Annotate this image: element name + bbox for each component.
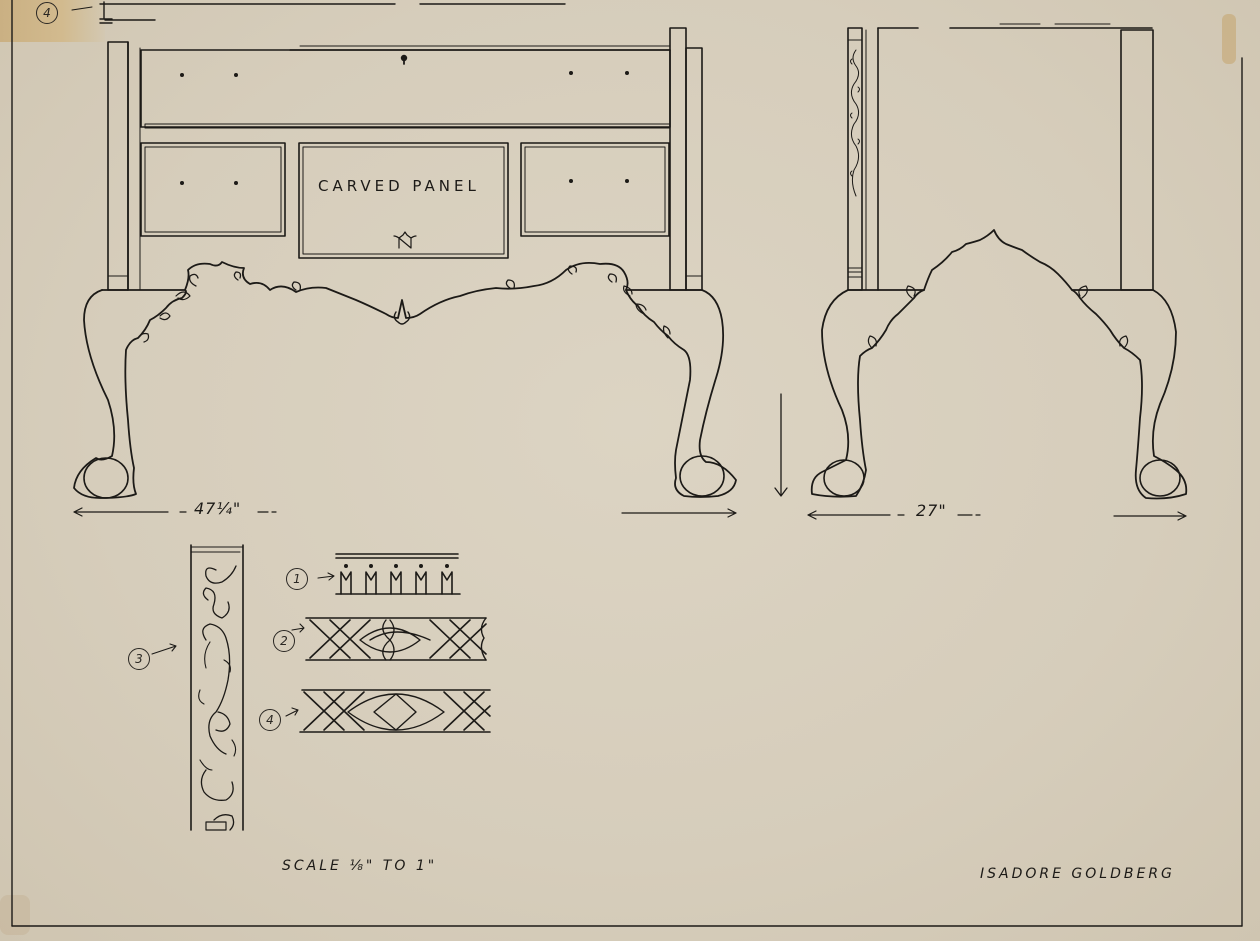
callout-number: 4 [266,713,274,727]
carved-panel-label: CARVED PANEL [318,177,480,195]
width-dimension: 47¼" [194,499,241,518]
detail-3-pilaster [152,545,243,830]
callout-number: 1 [293,572,301,586]
detail-1-dentil [318,554,460,594]
front-view [74,28,736,517]
detail-1-callout: 1 [286,568,308,590]
detail-2-callout: 2 [273,630,295,652]
technical-drawing [0,0,1260,941]
detail-4-lattice [286,690,490,732]
sheet-number: 4 [43,6,51,20]
side-view [775,24,1186,520]
border-frame [12,0,1242,926]
artist-signature: ISADORE GOLDBERG [980,866,1175,882]
sheet-number-callout: 4 [36,2,58,24]
detail-3-callout: 3 [128,648,150,670]
callout-number: 2 [280,634,288,648]
scale-note: SCALE ⅛" TO 1" [282,858,437,874]
drawing-sheet: 4 3 1 2 4 CARVED PANEL 47¼" 27" SCALE ⅛"… [0,0,1260,941]
depth-dimension: 27" [916,501,947,520]
callout-number: 3 [135,652,143,666]
detail-4-callout: 4 [259,709,281,731]
detail-2-lattice [292,618,486,660]
